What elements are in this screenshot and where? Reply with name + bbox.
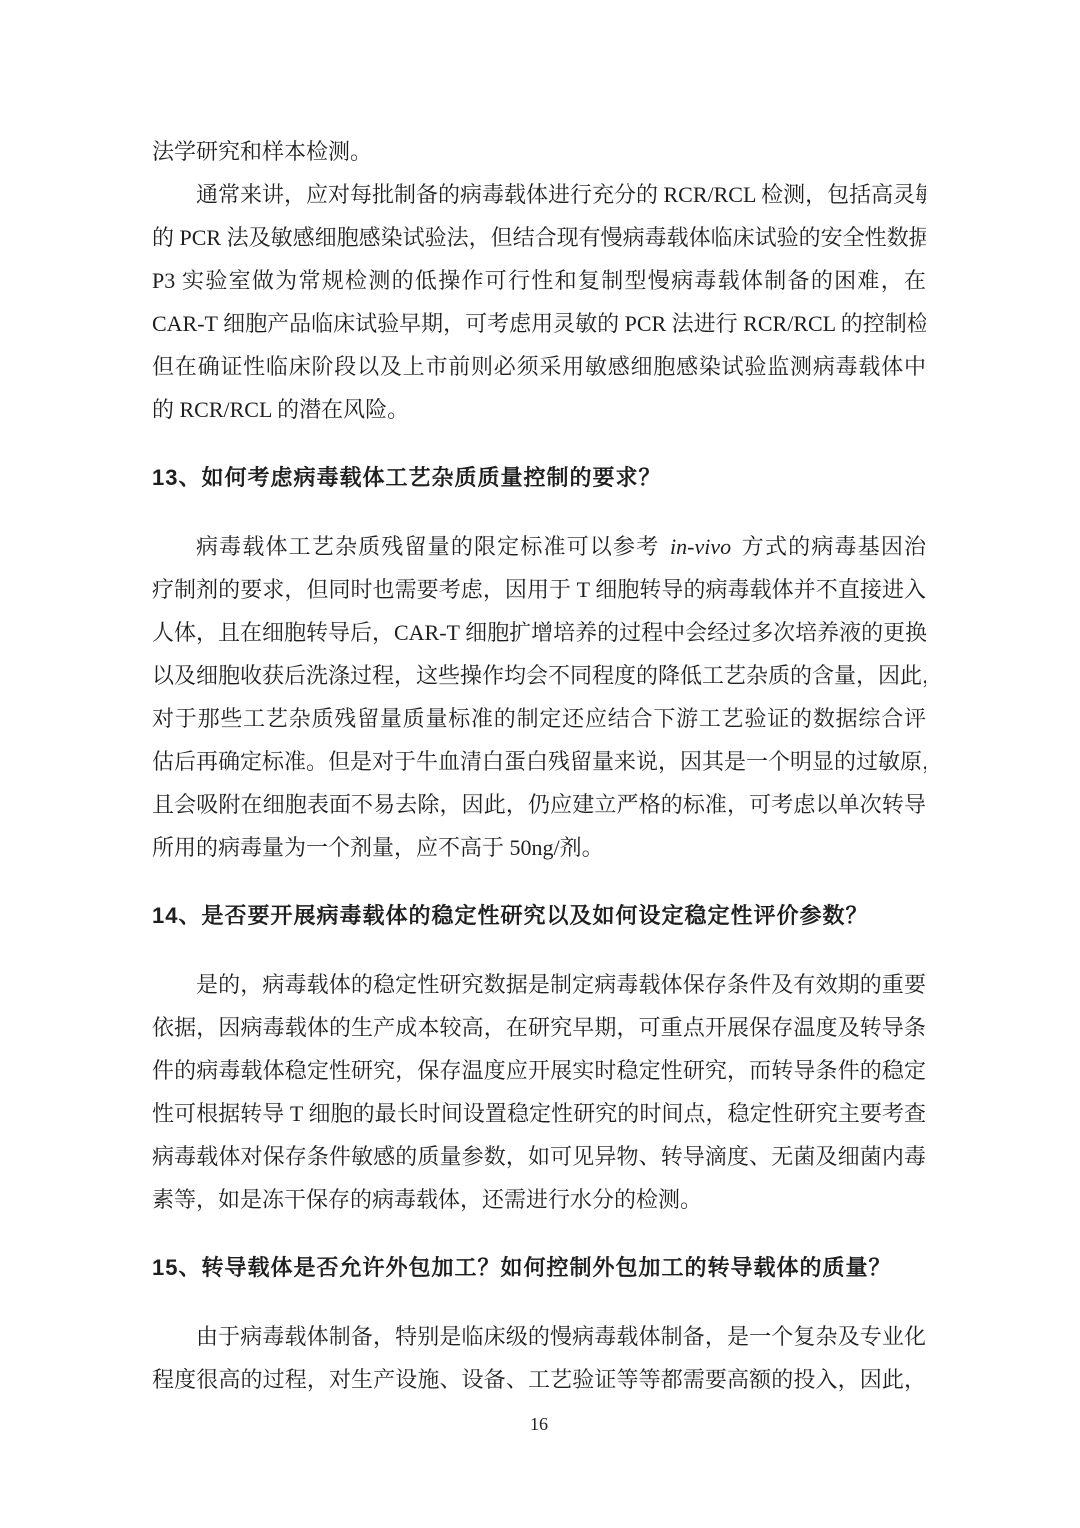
text-line: 程度很高的过程，对生产设施、设备、工艺验证等等都需要高额的投入，因此，	[152, 1358, 926, 1401]
text-line: 由于病毒载体制备，特别是临床级的慢病毒载体制备，是一个复杂及专业化	[152, 1315, 926, 1358]
paragraph-continuation: 法学研究和样本检测。	[152, 130, 926, 173]
text-line: 病毒载体对保存条件敏感的质量参数，如可见异物、转导滴度、无菌及细菌内毒	[152, 1135, 926, 1178]
text-line: 病毒载体工艺杂质残留量的限定标准可以参考 in-vivo 方式的病毒基因治	[152, 525, 926, 568]
section-heading-q14: 14、是否要开展病毒载体的稳定性研究以及如何设定稳定性评价参数？	[152, 894, 926, 937]
section-heading-q15: 15、转导载体是否允许外包加工？如何控制外包加工的转导载体的质量？	[152, 1246, 926, 1289]
document-page: 法学研究和样本检测。 通常来讲，应对每批制备的病毒载体进行充分的 RCR/RCL…	[0, 0, 1080, 1528]
text-line: 素等，如是冻干保存的病毒载体，还需进行水分的检测。	[152, 1178, 926, 1221]
text-line: CAR-T 细胞产品临床试验早期，可考虑用灵敏的 PCR 法进行 RCR/RCL…	[152, 302, 926, 345]
text-line: 性可根据转导 T 细胞的最长时间设置稳定性研究的时间点，稳定性研究主要考查	[152, 1092, 926, 1135]
paragraph-rcr-rcl-testing: 通常来讲，应对每批制备的病毒载体进行充分的 RCR/RCL 检测，包括高灵敏的 …	[152, 173, 926, 431]
text-line: 估后再确定标准。但是对于牛血清白蛋白残留量来说，因其是一个明显的过敏原，	[152, 740, 926, 783]
text-line: 是的，病毒载体的稳定性研究数据是制定病毒载体保存条件及有效期的重要	[152, 963, 926, 1006]
text-line: 法学研究和样本检测。	[152, 130, 926, 173]
section-heading-q13: 13、如何考虑病毒载体工艺杂质质量控制的要求？	[152, 456, 926, 499]
text-line: 对于那些工艺杂质残留量质量标准的制定还应结合下游工艺验证的数据综合评	[152, 697, 926, 740]
text-line: 以及细胞收获后洗涤过程，这些操作均会不同程度的降低工艺杂质的含量，因此，	[152, 654, 926, 697]
text-line: 人体，且在细胞转导后，CAR-T 细胞扩增培养的过程中会经过多次培养液的更换	[152, 611, 926, 654]
text-line: 的 PCR 法及敏感细胞感染试验法，但结合现有慢病毒载体临床试验的安全性数据、	[152, 216, 926, 259]
text-line: 通常来讲，应对每批制备的病毒载体进行充分的 RCR/RCL 检测，包括高灵敏	[152, 173, 926, 216]
text-line: P3 实验室做为常规检测的低操作可行性和复制型慢病毒载体制备的困难，在	[152, 259, 926, 302]
text-line: 但在确证性临床阶段以及上市前则必须采用敏感细胞感染试验监测病毒载体中	[152, 345, 926, 388]
text-line: 所用的病毒量为一个剂量，应不高于 50ng/剂。	[152, 826, 926, 869]
text-line: 且会吸附在细胞表面不易去除，因此，仍应建立严格的标准，可考虑以单次转导	[152, 783, 926, 826]
text-line: 疗制剂的要求，但同时也需要考虑，因用于 T 细胞转导的病毒载体并不直接进入	[152, 568, 926, 611]
text-line: 依据，因病毒载体的生产成本较高，在研究早期，可重点开展保存温度及转导条	[152, 1006, 926, 1049]
text-line: 的 RCR/RCL 的潜在风险。	[152, 388, 926, 431]
page-number: 16	[152, 1409, 926, 1439]
paragraph-q15-answer: 由于病毒载体制备，特别是临床级的慢病毒载体制备，是一个复杂及专业化程度很高的过程…	[152, 1315, 926, 1401]
paragraph-q13-answer: 病毒载体工艺杂质残留量的限定标准可以参考 in-vivo 方式的病毒基因治疗制剂…	[152, 525, 926, 869]
text-line: 件的病毒载体稳定性研究，保存温度应开展实时稳定性研究，而转导条件的稳定	[152, 1049, 926, 1092]
paragraph-q14-answer: 是的，病毒载体的稳定性研究数据是制定病毒载体保存条件及有效期的重要依据，因病毒载…	[152, 963, 926, 1221]
